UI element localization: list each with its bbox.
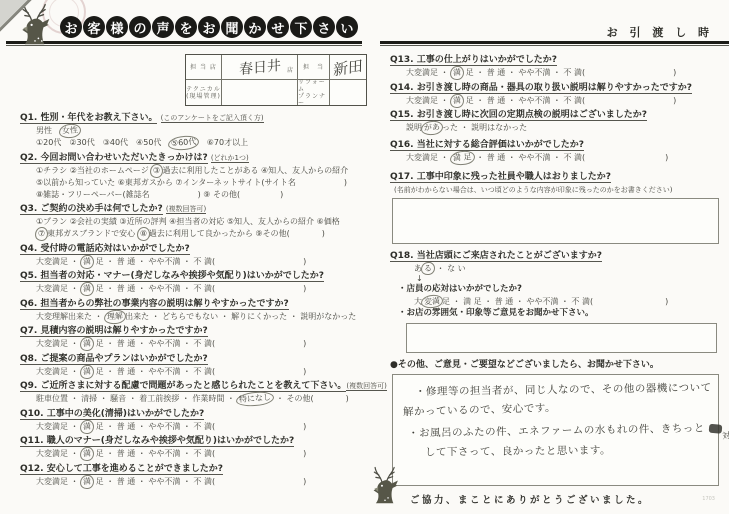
- technical-label-line1: テクニカル: [186, 86, 221, 93]
- question-title: Q17. 工事中印象に残った社員や職人はおりましたか?: [390, 171, 723, 184]
- answer-option: 大変満足 ・: [36, 422, 81, 431]
- question-title: Q15. お引き渡し時に次回の定期点検の説明はございましたか?: [390, 109, 723, 122]
- answer-line: ①チラシ ②当社のホームページ ③過去に利用したことがある ④知人、友人からの紹…: [20, 165, 362, 177]
- technical-label: テクニカル (現場管理): [186, 80, 222, 105]
- footer-thanks-text: ご協力、まことにありがとうございました。: [410, 492, 650, 506]
- selected-answer-circle: 満: [80, 282, 95, 297]
- planner-label-line2: プランナー: [298, 93, 329, 107]
- answer-line: 大変満足 ・ 満 足 ・ 普 通 ・ やや不満 ・ 不 満( ): [20, 366, 362, 378]
- handwritten-comment-line: して下さって、良かったと思います。: [425, 442, 708, 460]
- question-text: Q13. 工事の仕上がりはいかがでしたか?: [390, 55, 557, 66]
- answer-option: 足 ・ 普 通 ・ やや不満 ・ 不 満(: [93, 339, 215, 348]
- answer-option: ): [215, 367, 306, 376]
- staff-table: 担 当 店 春日井 店 担 当 新田 テクニカル (現場管理) リフォーム プラ…: [185, 54, 367, 106]
- answer-line: 大変満足 ・ 満 足 ・ 普 通 ・ やや不満 ・ 不 満( ): [390, 95, 723, 107]
- answer-option: 大変満足 ・: [406, 68, 451, 77]
- question-text: Q12. 安心して工事を進めることができましたか?: [20, 464, 223, 475]
- question-q4: Q4. 受付時の電話応対はいかがでしたか? 大変満足 ・ 満 足 ・ 普 通 ・…: [20, 243, 362, 268]
- right-page-header: お 引 渡 し 時: [607, 24, 713, 40]
- selected-answer-circle: ⑤60代: [168, 135, 200, 151]
- answer-option: ①20代 ②30代 ③40代 ④50代: [36, 138, 169, 147]
- question-title: Q3. ご契約の決め手は何でしたか? (複数回答可): [20, 203, 362, 216]
- other-comments-box: ・修理等の担当者が、同じ人なので、その他の器機について 解かっているので、安心で…: [392, 374, 719, 486]
- question-text: Q16. 当社に対する総合評価はいかがでしたか?: [390, 140, 584, 151]
- answer-option: ): [215, 422, 306, 431]
- question-note: (複数回答可): [346, 382, 386, 391]
- header-rule-left: [6, 41, 362, 44]
- answer-option: 足 ・ 満 足 ・ 普 通 ・ やや不満 ・ 不 満(: [442, 297, 593, 306]
- answer-option: 過去に利用したことがある ④知人、友人からの紹介: [162, 166, 348, 175]
- answer-option: ): [240, 190, 283, 199]
- handwritten-correction: 対応: [721, 428, 729, 442]
- answer-line: ①プラン ②会社の実績 ③近所の評判 ④担当者の対応 ⑤知人、友人からの紹介 ⑥…: [20, 216, 362, 228]
- selected-answer-circle: 理解: [104, 309, 127, 325]
- question-q2: Q2. 今回お問い合わせいただいたきっかけは? (どれか1つ) ①チラシ ②当社…: [20, 152, 362, 201]
- selected-answer-circle: 特になし: [236, 391, 275, 408]
- questions-column-right: Q13. 工事の仕上がりはいかがでしたか? 大変満足 ・ 満 足 ・ 普 通 ・…: [390, 54, 723, 486]
- answer-line: 大変理解出来た ・ 理解出来た ・ どちらでもない ・ 解りにくかった ・ 説明…: [20, 311, 362, 323]
- answer-line: 大変満足 ・ 満 足 ・ 普 通 ・ やや不満 ・ 不 満( ): [20, 448, 362, 460]
- answer-option: 大変満足 ・: [406, 153, 451, 162]
- answer-option: 説明: [406, 123, 422, 132]
- header-rule-right: [380, 41, 729, 44]
- answer-option: ⑧雑誌・フリーペーパー(雑誌名: [36, 190, 150, 199]
- selected-answer-circle: 満: [80, 474, 95, 489]
- answer-option: ): [215, 284, 306, 293]
- answer-option: 足 ・ 普 通 ・ やや不満 ・ 不 満(: [93, 257, 215, 266]
- question-text: Q3. ご契約の決め手は何でしたか?: [20, 204, 163, 215]
- title-char: の: [129, 16, 151, 38]
- question-q7: Q7. 見積内容の説明は解りやすかったですか? 大変満足 ・ 満 足 ・ 普 通…: [20, 325, 362, 350]
- q18-shop-impression-box: [406, 323, 717, 353]
- answer-option: ⑥70才以上: [199, 138, 248, 147]
- answer-line: 大変満足 ・ 満 足 ・ 普 通 ・ やや不満 ・ 不 満( ): [20, 476, 362, 488]
- answer-option: った ・ 説明はなかった: [442, 123, 527, 132]
- title-char: か: [244, 16, 266, 38]
- title-char: い: [336, 16, 358, 38]
- answer-option: 大変満足 ・: [36, 367, 81, 376]
- title-char: お: [198, 16, 220, 38]
- question-text: Q6. 担当者からの弊社の事業内容の説明は解りやすかったですか?: [20, 299, 289, 310]
- question-q18: Q18. 当社店頭にご来店されたことがございますか? ある ・ な い ↓ ・店…: [390, 250, 723, 353]
- answer-option: ・ 普 通 ・ やや不満 ・ 不 満(: [474, 153, 585, 162]
- question-text: Q17. 工事中印象に残った社員や職人はおりましたか?: [390, 172, 611, 183]
- question-q15: Q15. お引き渡し時に次回の定期点検の説明はございましたか? 説明があった ・…: [390, 109, 723, 134]
- answer-line: 大変満足 ・ 満 足 ・ 普 通 ・ やや不満 ・ 不 満( ): [20, 283, 362, 295]
- answer-option: ): [585, 96, 676, 105]
- planner-label-line1: リフォーム: [298, 79, 329, 93]
- answer-option: ): [585, 153, 668, 162]
- footer-form-code: 1703: [702, 496, 715, 502]
- title-char: 聞: [221, 16, 243, 38]
- answer-option: ①プラン ②会社の実績 ③近所の評判 ④担当者の対応 ⑤知人、友人からの紹介 ⑥…: [36, 217, 340, 226]
- title-char: さ: [313, 16, 335, 38]
- question-title: Q6. 担当者からの弊社の事業内容の説明は解りやすかったですか?: [20, 298, 362, 311]
- answer-option: ・ その他(: [273, 394, 313, 403]
- rep-value-handwritten: 新田: [333, 54, 363, 80]
- technical-value-cell: [222, 80, 298, 105]
- question-text: Q14. お引き渡し時の商品・器具の取り扱い説明は解りやすかったですか?: [390, 83, 692, 94]
- answer-line: 大変満足 ・ 満 足 ・ 普 通 ・ やや不満 ・ 不 満( ): [390, 296, 723, 307]
- handwritten-comment-text: ・お風呂のふたの件、エネファームの水もれの件、きちっと: [408, 422, 709, 439]
- question-text: Q9. ご近所さまに対する配慮で問題があったと感じられたことを教えて下さい。: [20, 381, 346, 392]
- answer-option: 大変満足 ・: [36, 257, 81, 266]
- answer-line: ⑤以前から知っていた ⑥東邦ガスから ⑦インターネットサイト(サイト名 ): [20, 177, 362, 189]
- store-label: 担 当 店: [186, 55, 222, 80]
- answer-option: 大変理解出来た ・: [36, 312, 105, 321]
- answer-option: 足 ・ 普 通 ・ やや不満 ・ 不 満(: [463, 96, 585, 105]
- question-text: Q7. 見積内容の説明は解りやすかったですか?: [20, 326, 208, 337]
- question-title: Q12. 安心して工事を進めることができましたか?: [20, 463, 362, 476]
- answer-option: 大変満足 ・: [36, 477, 81, 486]
- selected-answer-circle: 満: [450, 66, 465, 81]
- title-char: お: [60, 16, 82, 38]
- arrow-down: ↓: [390, 274, 723, 283]
- answer-line: 説明があった ・ 説明はなかった: [390, 122, 723, 134]
- question-q10: Q10. 工事中の美化(清掃)はいかがでしたか? 大変満足 ・ 満 足 ・ 普 …: [20, 408, 362, 433]
- selected-answer-circle: ⑦: [35, 227, 49, 242]
- answer-option: 過去に利用して良かったから ⑨その他(: [149, 229, 290, 238]
- q17-answer-box: [392, 198, 719, 244]
- question-title: Q7. 見積内容の説明は解りやすかったですか?: [20, 325, 362, 338]
- question-q6: Q6. 担当者からの弊社の事業内容の説明は解りやすかったですか? 大変理解出来た…: [20, 298, 362, 323]
- selected-answer-circle: 満: [450, 93, 465, 108]
- title-char: 声: [152, 16, 174, 38]
- questions-column-left: Q1. 性別・年代をお教え下さい。 (このアンケートをご記入頂く方) 男性 女性…: [20, 112, 362, 490]
- answer-line: ⑧雑誌・フリーペーパー(雑誌名 ) ⑨ その他( ): [20, 189, 362, 201]
- answer-option: 東邦ガスブランドで安心: [47, 229, 138, 238]
- question-q11: Q11. 職人のマナー(身だしなみや挨拶や気配り)はいかがでしたか? 大変満足 …: [20, 435, 362, 460]
- selected-answer-circle: る: [421, 262, 436, 276]
- answer-option: 足 ・ 普 通 ・ やや不満 ・ 不 満(: [463, 68, 585, 77]
- question-note: (どれか1つ): [211, 154, 249, 163]
- question-title: Q4. 受付時の電話応対はいかがでしたか?: [20, 243, 362, 256]
- answer-option: ): [593, 297, 668, 306]
- store-value-cell: 春日井 店: [222, 55, 298, 80]
- answer-option: ⑨ その他(: [203, 190, 240, 199]
- handwritten-comment-line: 解かっているので、安心です。: [403, 396, 708, 420]
- question-text: Q10. 工事中の美化(清掃)はいかがでしたか?: [20, 409, 204, 420]
- answer-line: 大変満足 ・ 満 足 ・ 普 通 ・ やや不満 ・ 不 満( ): [20, 421, 362, 433]
- answer-option: 足 ・ 普 通 ・ やや不満 ・ 不 満(: [93, 367, 215, 376]
- question-title: Q16. 当社に対する総合評価はいかがでしたか?: [390, 139, 723, 152]
- answer-line: ⑦東邦ガスブランドで安心 ⑧過去に利用して良かったから ⑨その他( ): [20, 228, 362, 240]
- answer-option: ): [585, 68, 676, 77]
- answer-option: 大変満足 ・: [36, 449, 81, 458]
- survey-sheet: お客様の声をお聞かせ下さい お 引 渡 し 時 担 当 店 春日井 店 担 当 …: [0, 0, 729, 514]
- question-text: Q15. お引き渡し時に次回の定期点検の説明はございましたか?: [390, 110, 647, 121]
- answer-line: 大変満足 ・ 満 足 ・ 普 通 ・ やや不満 ・ 不 満( ): [20, 338, 362, 350]
- answer-option: 大変満足 ・: [36, 284, 81, 293]
- answer-option: ): [290, 229, 325, 238]
- selected-answer-circle: があ: [421, 120, 444, 136]
- question-title: Q5. 担当者の対応・マナー(身だしなみや挨拶や気配り)はいかがでしたか?: [20, 270, 362, 283]
- question-title: Q10. 工事中の美化(清掃)はいかがでしたか?: [20, 408, 362, 421]
- answer-option: ⑤以前から知っていた ⑥東邦ガスから ⑦インターネットサイト(サイト名: [36, 178, 296, 187]
- rep-value-cell: 新田: [330, 55, 366, 80]
- title-char: 様: [106, 16, 128, 38]
- question-q8: Q8. ご提案の商品やプランはいかがでしたか? 大変満足 ・ 満 足 ・ 普 通…: [20, 353, 362, 378]
- question-text: Q1. 性別・年代をお教え下さい。: [20, 113, 157, 124]
- title-char: を: [175, 16, 197, 38]
- answer-option: 男性: [36, 126, 60, 135]
- question-text: Q5. 担当者の対応・マナー(身だしなみや挨拶や気配り)はいかがでしたか?: [20, 271, 324, 282]
- selected-answer-circle: ⑧: [136, 227, 150, 242]
- technical-label-line2: (現場管理): [186, 93, 221, 100]
- rep-label: 担 当: [298, 55, 330, 80]
- answer-option: 足 ・ 普 通 ・ やや不満 ・ 不 満(: [93, 422, 215, 431]
- question-q16: Q16. 当社に対する総合評価はいかがでしたか? 大変満足 ・ 満 足 ・ 普 …: [390, 139, 723, 164]
- question-title: Q11. 職人のマナー(身だしなみや挨拶や気配り)はいかがでしたか?: [20, 435, 362, 448]
- other-comments-label: ●その他、ご意見・ご要望などございましたら、お聞かせ下さい。: [390, 358, 723, 372]
- question-note: (名前がわからない場合は、いつ頃どのような内容が印象に残ったのかをお書きください…: [390, 184, 723, 196]
- answer-option: ・ な い: [434, 264, 466, 273]
- planner-value-cell: [330, 80, 366, 105]
- answer-option: ): [215, 477, 306, 486]
- answer-option: 足 ・ 普 通 ・ やや不満 ・ 不 満(: [93, 284, 215, 293]
- answer-line: ①20代 ②30代 ③40代 ④50代 ⑤60代 ⑥70才以上: [20, 137, 362, 149]
- question-q13: Q13. 工事の仕上がりはいかがでしたか? 大変満足 ・ 満 足 ・ 普 通 ・…: [390, 54, 723, 79]
- question-text: Q4. 受付時の電話応対はいかがでしたか?: [20, 244, 190, 255]
- page-title: お客様の声をお聞かせ下さい: [60, 16, 358, 38]
- scan-corner-artifact: [0, 0, 33, 33]
- answer-line: 大変満足 ・ 満 足 ・ 普 通 ・ やや不満 ・ 不 満( ): [390, 152, 723, 164]
- selected-answer-circle: 満: [80, 254, 95, 269]
- answer-option: ): [215, 257, 306, 266]
- selected-answer-circle: 満: [80, 364, 95, 379]
- question-note: (複数回答可): [166, 205, 206, 214]
- answer-option: ): [296, 178, 347, 187]
- question-note: (このアンケートをご記入頂く方): [161, 114, 264, 123]
- answer-option: 大変満足 ・: [406, 96, 451, 105]
- selected-answer-circle: 満 足: [450, 150, 475, 166]
- store-suffix: 店: [287, 65, 293, 74]
- selected-answer-circle: 満: [80, 419, 95, 434]
- answer-option: ①チラシ ②当社のホームページ: [36, 166, 151, 175]
- selected-answer-circle: 満: [80, 337, 95, 352]
- question-title: Q2. 今回お問い合わせいただいたきっかけは? (どれか1つ): [20, 152, 362, 165]
- title-char: せ: [267, 16, 289, 38]
- question-text: Q18. 当社店頭にご来店されたことがございますか?: [390, 251, 602, 262]
- title-char: 客: [83, 16, 105, 38]
- title-char: 下: [290, 16, 312, 38]
- question-title: Q9. ご近所さまに対する配慮で問題があったと感じられたことを教えて下さい。(複…: [20, 380, 362, 393]
- question-q5: Q5. 担当者の対応・マナー(身だしなみや挨拶や気配り)はいかがでしたか? 大変…: [20, 270, 362, 295]
- answer-line: 大変満足 ・ 満 足 ・ 普 通 ・ やや不満 ・ 不 満( ): [20, 256, 362, 268]
- answer-option: 足 ・ 普 通 ・ やや不満 ・ 不 満(: [93, 477, 215, 486]
- answer-option: 出来た ・ どちらでもない ・ 解りにくかった ・ 説明がなかった: [125, 312, 356, 321]
- question-q9: Q9. ご近所さまに対する配慮で問題があったと感じられたことを教えて下さい。(複…: [20, 380, 362, 405]
- question-q12: Q12. 安心して工事を進めることができましたか? 大変満足 ・ 満 足 ・ 普…: [20, 463, 362, 488]
- answer-option: 駐車位置 ・ 清掃 ・ 騒音 ・ 着工前挨拶 ・ 作業時間 ・: [36, 394, 237, 403]
- q18-sub2-title: ・お店の雰囲気・印象等ご意見をお聞かせ下さい。: [390, 307, 723, 320]
- scribble-blot: [708, 423, 722, 433]
- answer-line: 駐車位置 ・ 清掃 ・ 騒音 ・ 着工前挨拶 ・ 作業時間 ・ 特になし ・ そ…: [20, 393, 362, 405]
- deer-footer-icon: [366, 464, 404, 506]
- answer-option: 大変満足 ・: [36, 339, 81, 348]
- question-q1: Q1. 性別・年代をお教え下さい。 (このアンケートをご記入頂く方) 男性 女性…: [20, 112, 362, 149]
- question-text: Q2. 今回お問い合わせいただいたきっかけは?: [20, 153, 208, 164]
- handwritten-comment-line: ・お風呂のふたの件、エネファームの水もれの件、きちっと 対応: [408, 420, 708, 440]
- answer-option: 足 ・ 普 通 ・ やや不満 ・ 不 満(: [93, 449, 215, 458]
- answer-option: ): [215, 449, 306, 458]
- q18-sub1-title: ・店員の応対はいかがでしたか?: [390, 283, 723, 296]
- selected-answer-circle: 満: [80, 447, 95, 462]
- store-value-handwritten: 春日井: [239, 55, 281, 80]
- question-q17: Q17. 工事中印象に残った社員や職人はおりましたか? (名前がわからない場合は…: [390, 171, 723, 244]
- answer-option: ): [150, 190, 204, 199]
- answer-line: 大変満足 ・ 満 足 ・ 普 通 ・ やや不満 ・ 不 満( ): [390, 67, 723, 79]
- question-text: Q8. ご提案の商品やプランはいかがでしたか?: [20, 354, 208, 365]
- question-title: Q14. お引き渡し時の商品・器具の取り扱い説明は解りやすかったですか?: [390, 82, 723, 95]
- answer-line: ある ・ な い: [390, 263, 723, 274]
- question-q14: Q14. お引き渡し時の商品・器具の取り扱い説明は解りやすかったですか? 大変満…: [390, 82, 723, 107]
- question-title: Q18. 当社店頭にご来店されたことがございますか?: [390, 250, 723, 263]
- question-title: Q8. ご提案の商品やプランはいかがでしたか?: [20, 353, 362, 366]
- question-title: Q13. 工事の仕上がりはいかがでしたか?: [390, 54, 723, 67]
- answer-option: ): [215, 339, 306, 348]
- answer-option: ): [314, 394, 349, 403]
- planner-label: リフォーム プランナー: [298, 80, 330, 105]
- question-q3: Q3. ご契約の決め手は何でしたか? (複数回答可) ①プラン ②会社の実績 ③…: [20, 203, 362, 240]
- question-text: Q11. 職人のマナー(身だしなみや挨拶や気配り)はいかがでしたか?: [20, 436, 294, 447]
